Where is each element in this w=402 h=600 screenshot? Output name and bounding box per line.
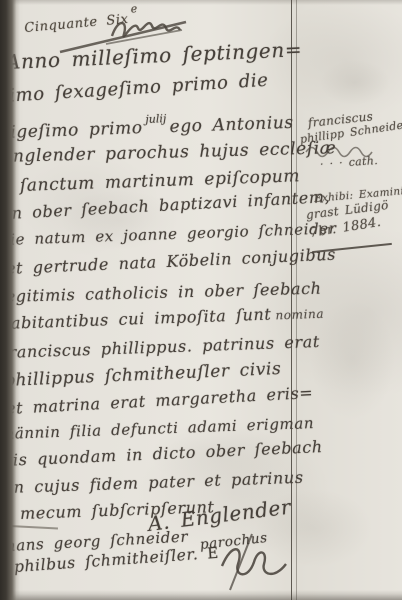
manuscript-line: et gertrude nata Köbelin conjugibus <box>6 245 337 278</box>
struck-scribble-icon <box>60 8 190 56</box>
paraph-flourish-icon <box>212 534 292 592</box>
line-text: ego Antonius <box>169 113 294 137</box>
ink-scratch <box>0 524 58 529</box>
line-text: habitantibus cui impoſita ſunt <box>0 305 272 333</box>
margin-scribble-icon <box>302 140 380 160</box>
manuscript-line: Englender parochus hujus eccleſiæ <box>0 138 337 167</box>
page-top-edge <box>0 0 402 5</box>
line-text: vigeſimo primo <box>0 118 143 143</box>
scanned-register-page: Cinquante Sixe Anno milleſimo ſeptingen=… <box>0 0 402 600</box>
manuscript-line: vigeſimo primojulijego Antonius <box>0 108 294 143</box>
manuscript-line: die natum ex joanne georgio ſchneider <box>0 219 337 249</box>
margin-rule-line <box>291 0 297 600</box>
page-bottom-edge <box>0 590 402 600</box>
line-tail-word: nomina <box>275 307 324 323</box>
paper-stain <box>320 60 390 105</box>
manuscript-line: habitantibus cui impoſita ſuntnomina <box>0 303 324 333</box>
manuscript-line: legitimis catholicis in ober ſeebach <box>0 279 322 306</box>
manuscript-line: in cujus fidem pater et patrinus <box>8 468 304 497</box>
manuscript-line: franciscus phillippus. patrinus erat <box>2 332 321 362</box>
manuscript-line: ſimo ſexageſimo primo die <box>1 70 269 107</box>
interlinear-insertion: julij <box>145 112 166 126</box>
manuscript-line: nis quondam in dicto ober ſeebach <box>2 437 324 470</box>
